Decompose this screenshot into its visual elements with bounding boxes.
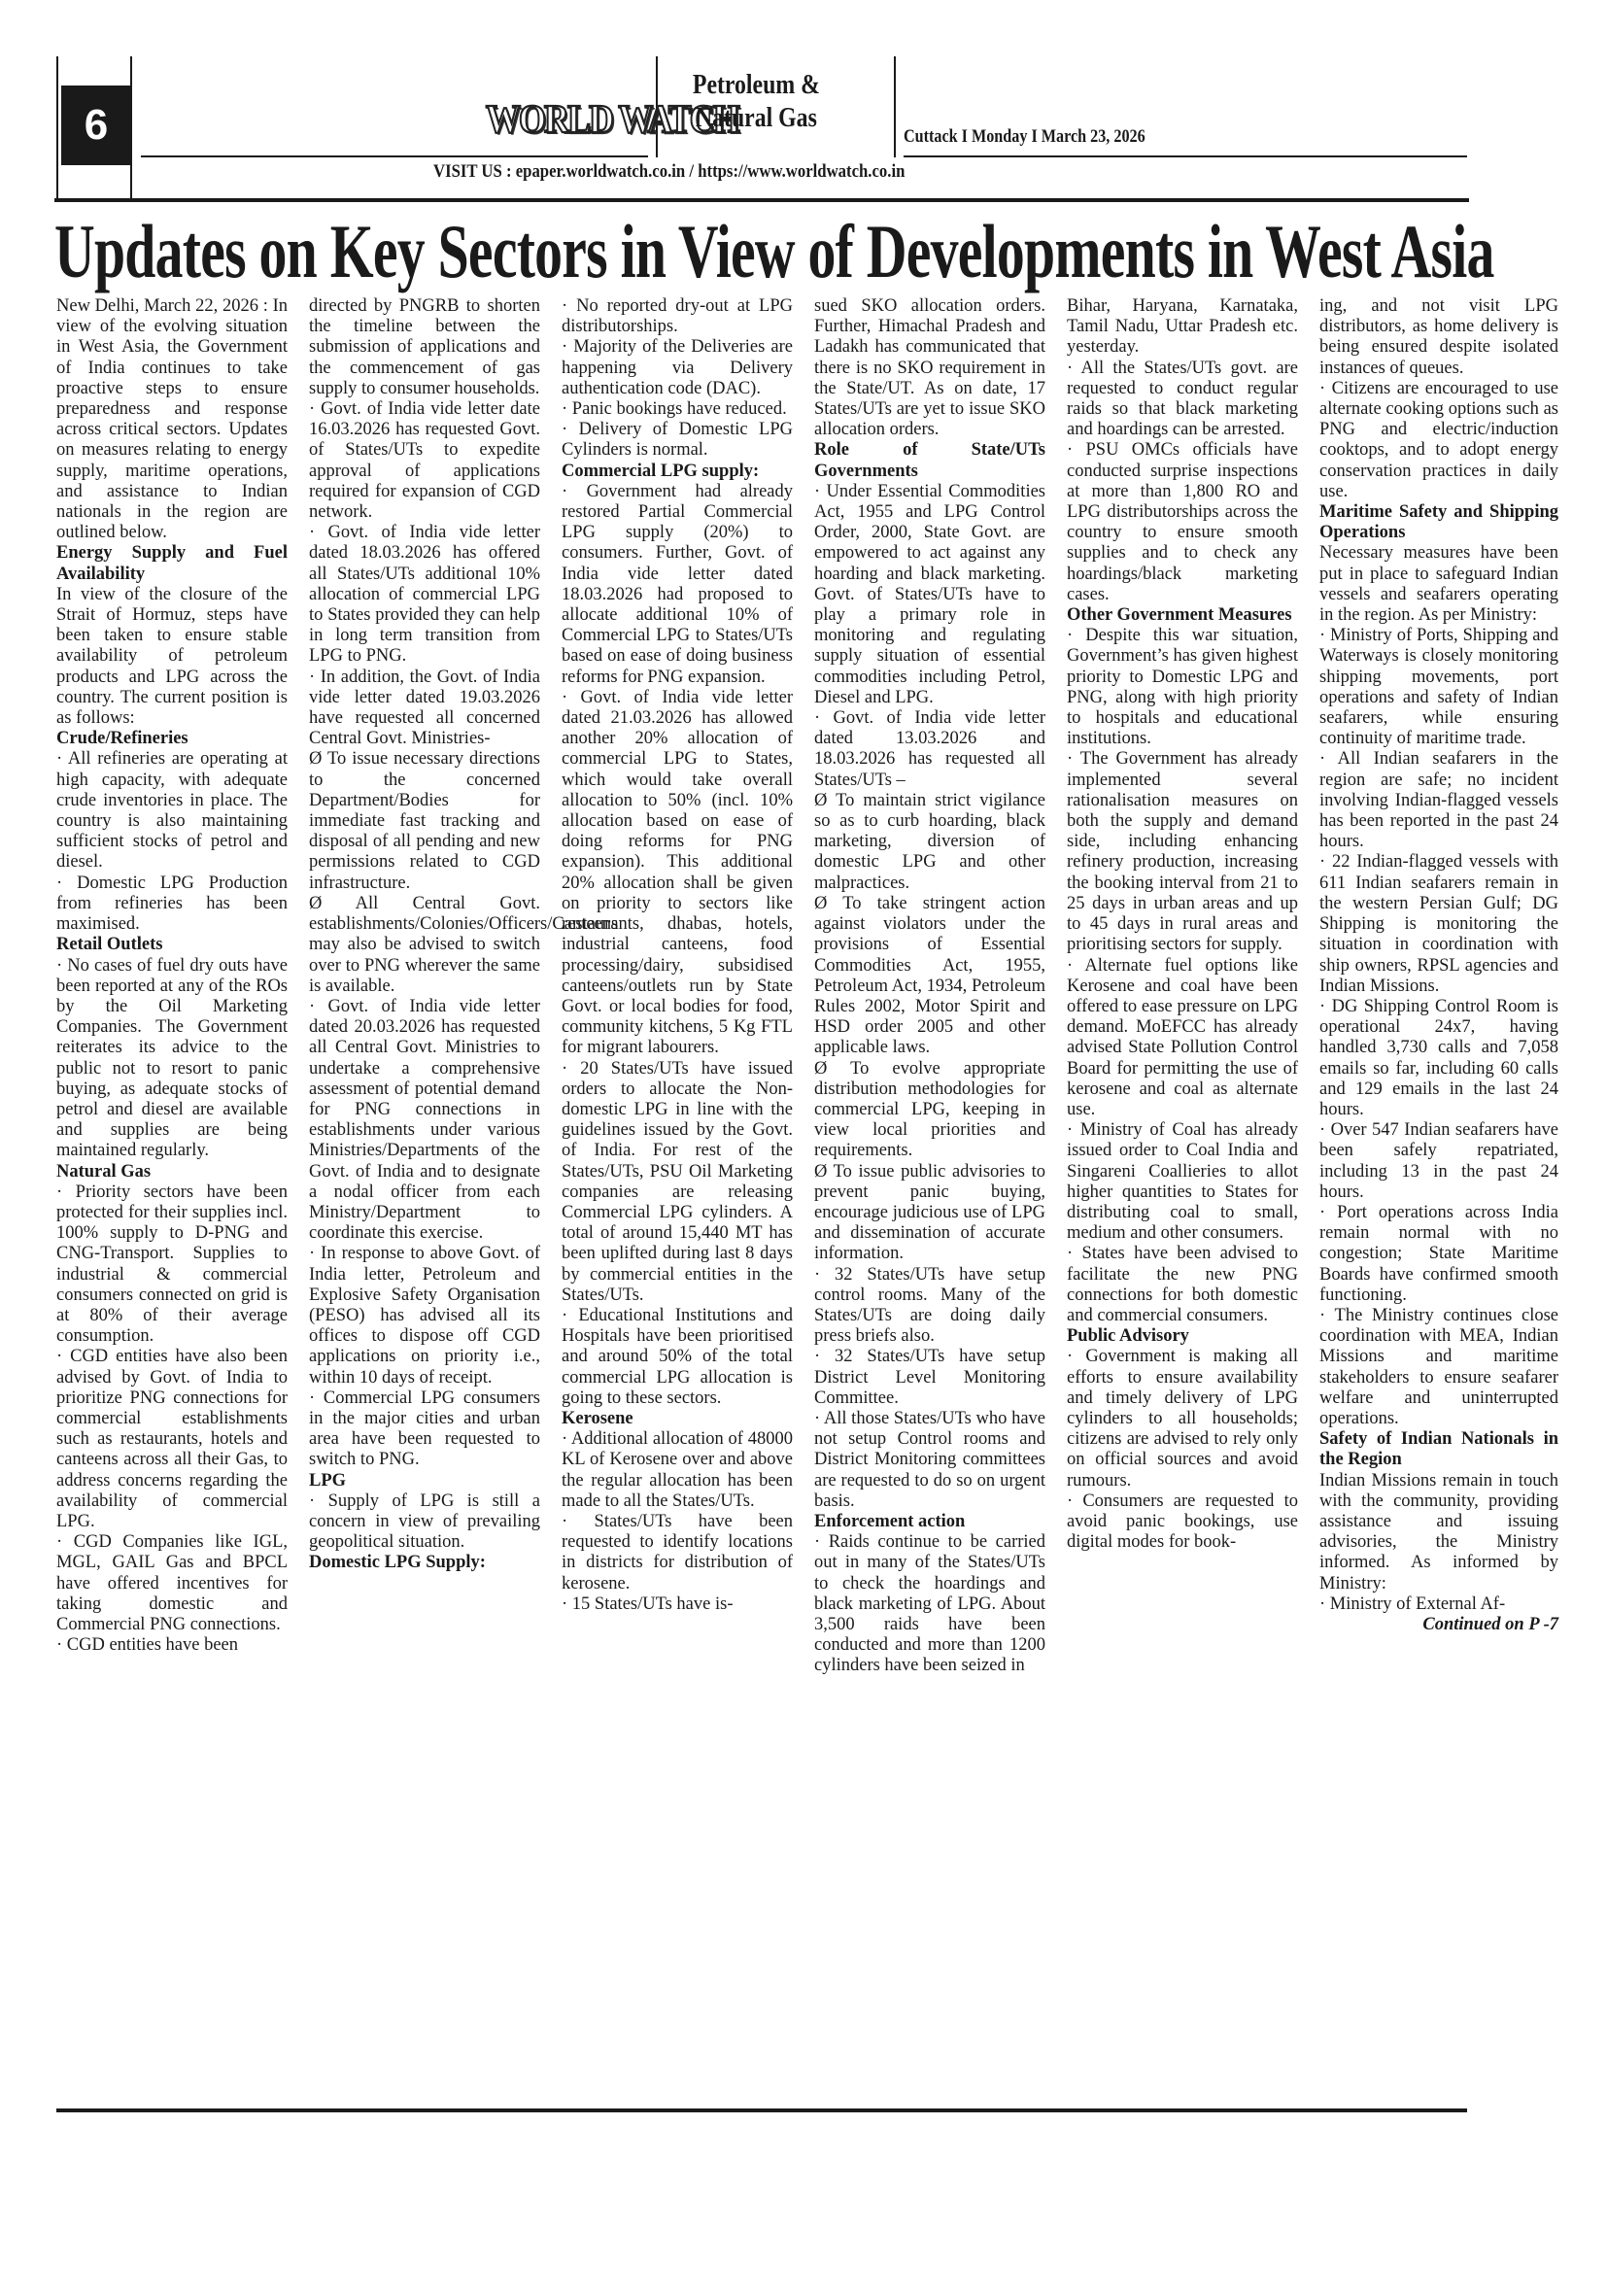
paragraph: · CGD Companies like IGL, MGL, GAIL Gas … — [56, 1532, 288, 1635]
paragraph: · Ministry of Ports, Shipping and Waterw… — [1319, 626, 1558, 749]
paragraph: · Govt. of India vide letter dated 21.03… — [562, 688, 793, 1059]
paragraph: · Govt. of India vide letter dated 20.03… — [309, 997, 540, 1244]
page-bottom-rule — [56, 2108, 1467, 2112]
paragraph: Ø To evolve appropriate distribution met… — [814, 1059, 1045, 1162]
paragraph: · Delivery of Domestic LPG Cylinders is … — [562, 420, 793, 461]
paragraph: · Commercial LPG consumers in the major … — [309, 1388, 540, 1471]
section-heading: Role of State/UTs Governments — [814, 440, 1045, 481]
paragraph: · Over 547 Indian seafarers have been sa… — [1319, 1120, 1558, 1203]
section-heading: Natural Gas — [56, 1162, 288, 1182]
paragraph: · Majority of the Deliveries are happeni… — [562, 337, 793, 399]
paragraph: Ø To take stringent action against viola… — [814, 894, 1045, 1059]
article-column-2: directed by PNGRB to shorten the timelin… — [309, 296, 540, 1574]
paragraph: · Panic bookings have reduced. — [562, 399, 793, 420]
section-title-line-1: Petroleum & — [661, 68, 852, 101]
section-title-line-2: Natural Gas — [661, 101, 852, 134]
paragraph: · Govt. of India vide letter dated 13.03… — [814, 708, 1045, 791]
paragraph: Necessary measures have been put in plac… — [1319, 543, 1558, 626]
paragraph: · All refineries are operating at high c… — [56, 749, 288, 873]
paragraph: Bihar, Haryana, Karnataka, Tamil Nadu, U… — [1067, 296, 1298, 359]
section-heading: Retail Outlets — [56, 935, 288, 955]
paragraph: · Port operations across India remain no… — [1319, 1203, 1558, 1306]
world-watch-logo: WORLD WATCH — [486, 79, 651, 159]
article-column-1: New Delhi, March 22, 2026 : In view of t… — [56, 296, 288, 1656]
paragraph: · States have been advised to facilitate… — [1067, 1244, 1298, 1326]
paragraph: · DG Shipping Control Room is operationa… — [1319, 997, 1558, 1120]
paragraph: · All those States/UTs who have not setu… — [814, 1409, 1045, 1512]
continued-on-link[interactable]: Continued on P -7 — [1319, 1615, 1558, 1635]
paragraph: · Alternate fuel options like Kerosene a… — [1067, 956, 1298, 1121]
paragraph: · 32 States/UTs have setup control rooms… — [814, 1265, 1045, 1348]
section-heading: Enforcement action — [814, 1512, 1045, 1532]
paragraph: · In addition, the Govt. of India vide l… — [309, 668, 540, 750]
paragraph: · CGD entities have been — [56, 1635, 288, 1656]
paragraph: · Domestic LPG Production from refinerie… — [56, 874, 288, 936]
article-column-6: ing, and not visit LPG distributors, as … — [1319, 296, 1558, 1635]
paragraph: directed by PNGRB to shorten the timelin… — [309, 296, 540, 399]
masthead-left-border — [56, 56, 58, 200]
paragraph: · 20 States/UTs have issued orders to al… — [562, 1059, 793, 1306]
paragraph: · No reported dry-out at LPG distributor… — [562, 296, 793, 337]
visit-us-link[interactable]: VISIT US : epaper.worldwatch.co.in / htt… — [433, 161, 905, 183]
dateline: Cuttack I Monday I March 23, 2026 — [904, 126, 1145, 148]
paragraph: · Government had already restored Partia… — [562, 482, 793, 688]
masthead-rule-left — [141, 155, 648, 157]
page-number: 6 — [61, 86, 131, 165]
section-heading: Maritime Safety and Shipping Operations — [1319, 502, 1558, 543]
paragraph: In view of the closure of the Strait of … — [56, 585, 288, 729]
section-heading: Energy Supply and Fuel Availability — [56, 543, 288, 584]
paragraph: · PSU OMCs officials have conducted surp… — [1067, 440, 1298, 605]
section-heading: Crude/Refineries — [56, 729, 288, 749]
article-body: New Delhi, March 22, 2026 : In view of t… — [56, 296, 1467, 2094]
paragraph: Ø To issue public advisories to prevent … — [814, 1162, 1045, 1265]
paragraph: · Raids continue to be carried out in ma… — [814, 1532, 1045, 1676]
paragraph: · Citizens are encouraged to use alterna… — [1319, 379, 1558, 502]
paragraph: · Government is making all efforts to en… — [1067, 1347, 1298, 1491]
section-heading: Kerosene — [562, 1409, 793, 1429]
paragraph: · Govt. of India vide letter date 16.03.… — [309, 399, 540, 523]
article-column-4: sued SKO allocation orders. Further, Him… — [814, 296, 1045, 1677]
paragraph: · Despite this war situation, Government… — [1067, 626, 1298, 749]
paragraph: · Under Essential Commodities Act, 1955 … — [814, 482, 1045, 708]
paragraph: · Additional allocation of 48000 KL of K… — [562, 1429, 793, 1512]
paragraph: New Delhi, March 22, 2026 : In view of t… — [56, 296, 288, 543]
paragraph: · Supply of LPG is still a concern in vi… — [309, 1491, 540, 1554]
section-heading: Commercial LPG supply: — [562, 462, 793, 482]
paragraph: · Govt. of India vide letter dated 18.03… — [309, 523, 540, 667]
section-title: Petroleum & Natural Gas — [661, 68, 852, 134]
paragraph: · 22 Indian-flagged vessels with 611 Ind… — [1319, 852, 1558, 996]
paragraph: · All Indian seafarers in the region are… — [1319, 749, 1558, 852]
section-heading: Domestic LPG Supply: — [309, 1553, 540, 1573]
paragraph: · Educational Institutions and Hospitals… — [562, 1306, 793, 1409]
paragraph: Ø To maintain strict vigilance so as to … — [814, 791, 1045, 894]
paragraph: · Consumers are requested to avoid panic… — [1067, 1491, 1298, 1554]
section-heading: Other Government Measures — [1067, 605, 1298, 626]
section-heading: Safety of Indian Nationals in the Region — [1319, 1429, 1558, 1470]
article-headline: Updates on Key Sectors in View of Develo… — [54, 208, 1101, 295]
paragraph: ing, and not visit LPG distributors, as … — [1319, 296, 1558, 379]
section-heading: LPG — [309, 1471, 540, 1491]
paragraph: · In response to above Govt. of India le… — [309, 1244, 540, 1388]
paragraph: · 32 States/UTs have setup District Leve… — [814, 1347, 1045, 1409]
paragraph: Ø All Central Govt. establishments/Colon… — [309, 894, 540, 997]
paragraph: · No cases of fuel dry outs have been re… — [56, 956, 288, 1162]
article-column-3: · No reported dry-out at LPG distributor… — [562, 296, 793, 1615]
masthead-bottom-rule — [54, 198, 1469, 202]
paragraph: · Ministry of Coal has already issued or… — [1067, 1120, 1298, 1244]
paragraph: · Ministry of External Af- — [1319, 1594, 1558, 1615]
paragraph: · States/UTs have been requested to iden… — [562, 1512, 793, 1594]
paragraph: · 15 States/UTs have is- — [562, 1594, 793, 1615]
paragraph: Ø To issue necessary directions to the c… — [309, 749, 540, 893]
article-column-5: Bihar, Haryana, Karnataka, Tamil Nadu, U… — [1067, 296, 1298, 1553]
masthead-divider-3 — [894, 56, 896, 157]
paragraph: · The Ministry continues close coordinat… — [1319, 1306, 1558, 1429]
paragraph: · All the States/UTs govt. are requested… — [1067, 359, 1298, 441]
paragraph: Indian Missions remain in touch with the… — [1319, 1471, 1558, 1594]
masthead-rule-right — [904, 155, 1467, 157]
paragraph: · The Government has already implemented… — [1067, 749, 1298, 955]
paragraph: · CGD entities have also been advised by… — [56, 1347, 288, 1532]
paragraph: sued SKO allocation orders. Further, Him… — [814, 296, 1045, 440]
paragraph: · Priority sectors have been protected f… — [56, 1182, 288, 1348]
section-heading: Public Advisory — [1067, 1326, 1298, 1347]
